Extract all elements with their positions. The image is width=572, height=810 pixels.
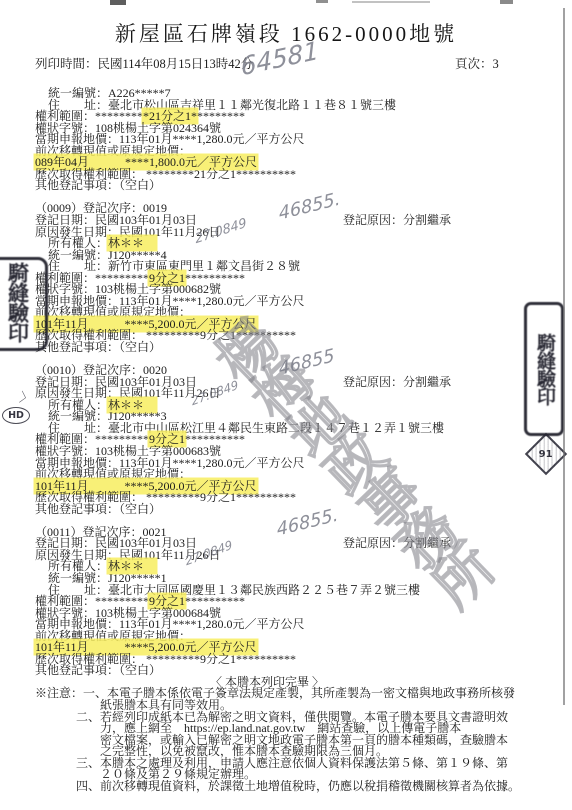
doc-text: 其他登記事項：（空白）	[35, 663, 161, 677]
seal-text: 騎縫驗印	[534, 333, 554, 405]
doc-line: 四、前次移轉現值資料，於課徵土地增值稅時，仍應以稅捐稽徵機關核算者為依據。	[76, 780, 563, 792]
document-body: 統一編號：A226*****7住 址：臺北市松山區吉祥里１１鄰光復北路１１巷８１…	[35, 87, 563, 791]
doc-line: 其他登記事項：（空白）	[35, 179, 563, 191]
seal-text: 騎縫驗印	[6, 262, 29, 346]
doc-line: 前次移轉現值或原規定地價：	[35, 468, 563, 480]
scanned-land-register-page: 新屋區石牌嶺段 1662-0000地號 列印時間：民國114年08月15日13時…	[0, 0, 572, 810]
right-binding-seal-stamp: 騎縫驗印	[524, 302, 564, 436]
doc-line: 其他登記事項：（空白）	[35, 341, 563, 353]
doc-text: 四、前次移轉現值資料，於課徵土地增值稅時，仍應以稅捐稽徵機關核算者為依據。	[76, 779, 520, 793]
registration-cause: 登記原因：分割繼承	[343, 376, 451, 388]
left-binding-seal-stamp: 騎縫驗印	[0, 257, 48, 351]
hd-mark: HD	[2, 407, 30, 424]
chevron-mark: 〉	[18, 387, 35, 409]
registration-cause: 登記原因：分割繼承	[343, 214, 451, 226]
scan-artifact	[316, 0, 328, 3]
scan-artifact	[110, 0, 126, 5]
scan-artifact	[500, 0, 513, 4]
diamond-number: 91	[539, 448, 553, 459]
print-time-label: 列印時間：民國114年08月15日13時42分	[35, 57, 253, 71]
registration-cause: 登記原因：分割繼承	[343, 537, 451, 549]
page-number-label: 頁次：3	[455, 54, 499, 72]
scan-edge-line	[563, 8, 565, 705]
doc-line: 其他登記事項：（空白）	[35, 503, 563, 515]
scan-artifact	[352, 1, 430, 3]
page-title: 新屋區石牌嶺段 1662-0000地號	[0, 18, 572, 48]
print-meta-row: 列印時間：民國114年08月15日13時42分 頁次：3	[35, 54, 545, 72]
